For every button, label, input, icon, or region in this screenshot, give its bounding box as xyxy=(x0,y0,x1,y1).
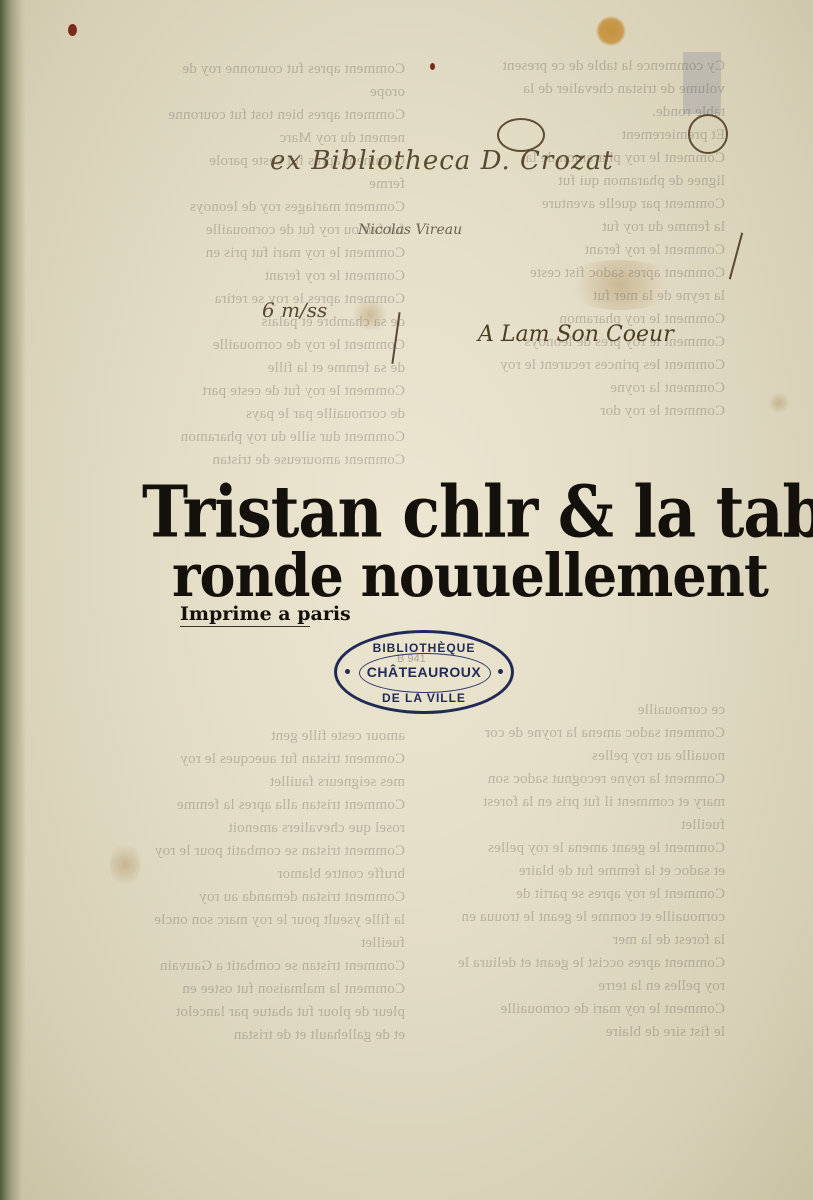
flourish-loop xyxy=(688,114,728,154)
imprint-underline xyxy=(180,626,310,627)
title-line-2: ronde nouuellement xyxy=(172,540,768,610)
foxing-stain xyxy=(768,392,790,414)
owner-inscription: Nicolas Vireau xyxy=(358,222,462,238)
stamp-city: CHÂTEAUROUX xyxy=(337,664,511,680)
foxing-stain xyxy=(596,16,626,46)
stamp-dot-icon xyxy=(498,669,503,674)
motto-inscription: A Lam Son Coeur xyxy=(478,322,674,347)
stamp-bottom-text: DE LA VILLE xyxy=(337,691,511,705)
stamp-dot-icon xyxy=(345,669,350,674)
pen-stroke xyxy=(729,233,743,280)
library-stamp: B 941 BIBLIOTHÈQUE CHÂTEAUROUX DE LA VIL… xyxy=(334,630,514,714)
ex-libris-inscription: ex Bibliotheca D. Crozat xyxy=(270,146,614,176)
imprint-line: Imprime a paris xyxy=(180,603,351,625)
manuscript-page: Comment apres fut couronne roy de orope … xyxy=(0,0,813,1200)
ink-spot xyxy=(68,24,77,36)
shelf-mark: 6 m/ss xyxy=(262,298,327,322)
binding-edge xyxy=(0,0,26,1200)
stamp-top-text: BIBLIOTHÈQUE xyxy=(337,641,511,655)
